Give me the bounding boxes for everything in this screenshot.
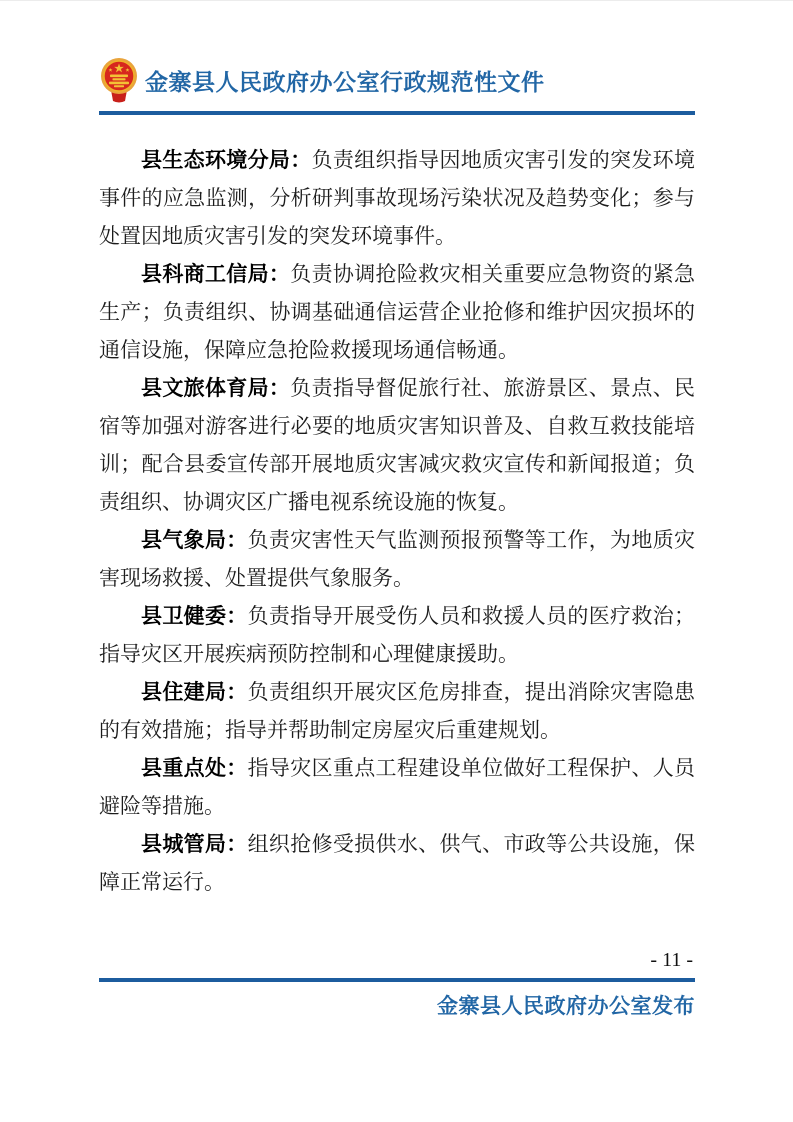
document-body: 县生态环境分局：负责组织指导因地质灾害引发的突发环境事件的应急监测，分析研判事故… [99, 141, 695, 901]
paragraph-science-industry-bureau: 县科商工信局：负责协调抢险救灾相关重要应急物资的紧急生产；负责组织、协调基础通信… [99, 255, 695, 369]
china-national-emblem-icon [99, 57, 139, 103]
document-footer: - 11 - 金寨县人民政府办公室发布 [99, 949, 695, 1020]
department-label: 县科商工信局： [141, 262, 290, 286]
paragraph-culture-tourism-bureau: 县文旅体育局：负责指导督促旅行社、旅游景区、景点、民宿等加强对游客进行必要的地质… [99, 369, 695, 521]
publisher-line: 金寨县人民政府办公室发布 [99, 990, 695, 1020]
paragraph-meteorological-bureau: 县气象局：负责灾害性天气监测预报预警等工作，为地质灾害现场救援、处置提供气象服务… [99, 521, 695, 597]
department-label: 县重点处： [141, 756, 248, 780]
page-number: - 11 - [99, 949, 695, 972]
paragraph-health-commission: 县卫健委：负责指导开展受伤人员和救援人员的医疗救治；指导灾区开展疾病预防控制和心… [99, 597, 695, 673]
department-label: 县住建局： [141, 680, 248, 704]
department-label: 县卫健委： [141, 604, 248, 628]
paragraph-ecology-bureau: 县生态环境分局：负责组织指导因地质灾害引发的突发环境事件的应急监测，分析研判事故… [99, 141, 695, 255]
paragraph-key-projects-office: 县重点处：指导灾区重点工程建设单位做好工程保护、人员避险等措施。 [99, 749, 695, 825]
department-label: 县文旅体育局： [141, 376, 290, 400]
footer-divider [99, 978, 695, 982]
paragraph-urban-management-bureau: 县城管局：组织抢修受损供水、供气、市政等公共设施，保障正常运行。 [99, 825, 695, 901]
department-label: 县城管局： [141, 832, 248, 856]
paragraph-housing-bureau: 县住建局：负责组织开展灾区危房排查，提出消除灾害隐患的有效措施；指导并帮助制定房… [99, 673, 695, 749]
department-label: 县气象局： [141, 528, 248, 552]
department-label: 县生态环境分局： [141, 148, 312, 172]
document-page: { "header": { "title": "金寨县人民政府办公室行政规范性文… [0, 0, 793, 1122]
document-header-title: 金寨县人民政府办公室行政规范性文件 [145, 64, 545, 97]
page-content: 金寨县人民政府办公室行政规范性文件 县生态环境分局：负责组织指导因地质灾害引发的… [99, 57, 695, 901]
document-header: 金寨县人民政府办公室行政规范性文件 [99, 57, 695, 115]
